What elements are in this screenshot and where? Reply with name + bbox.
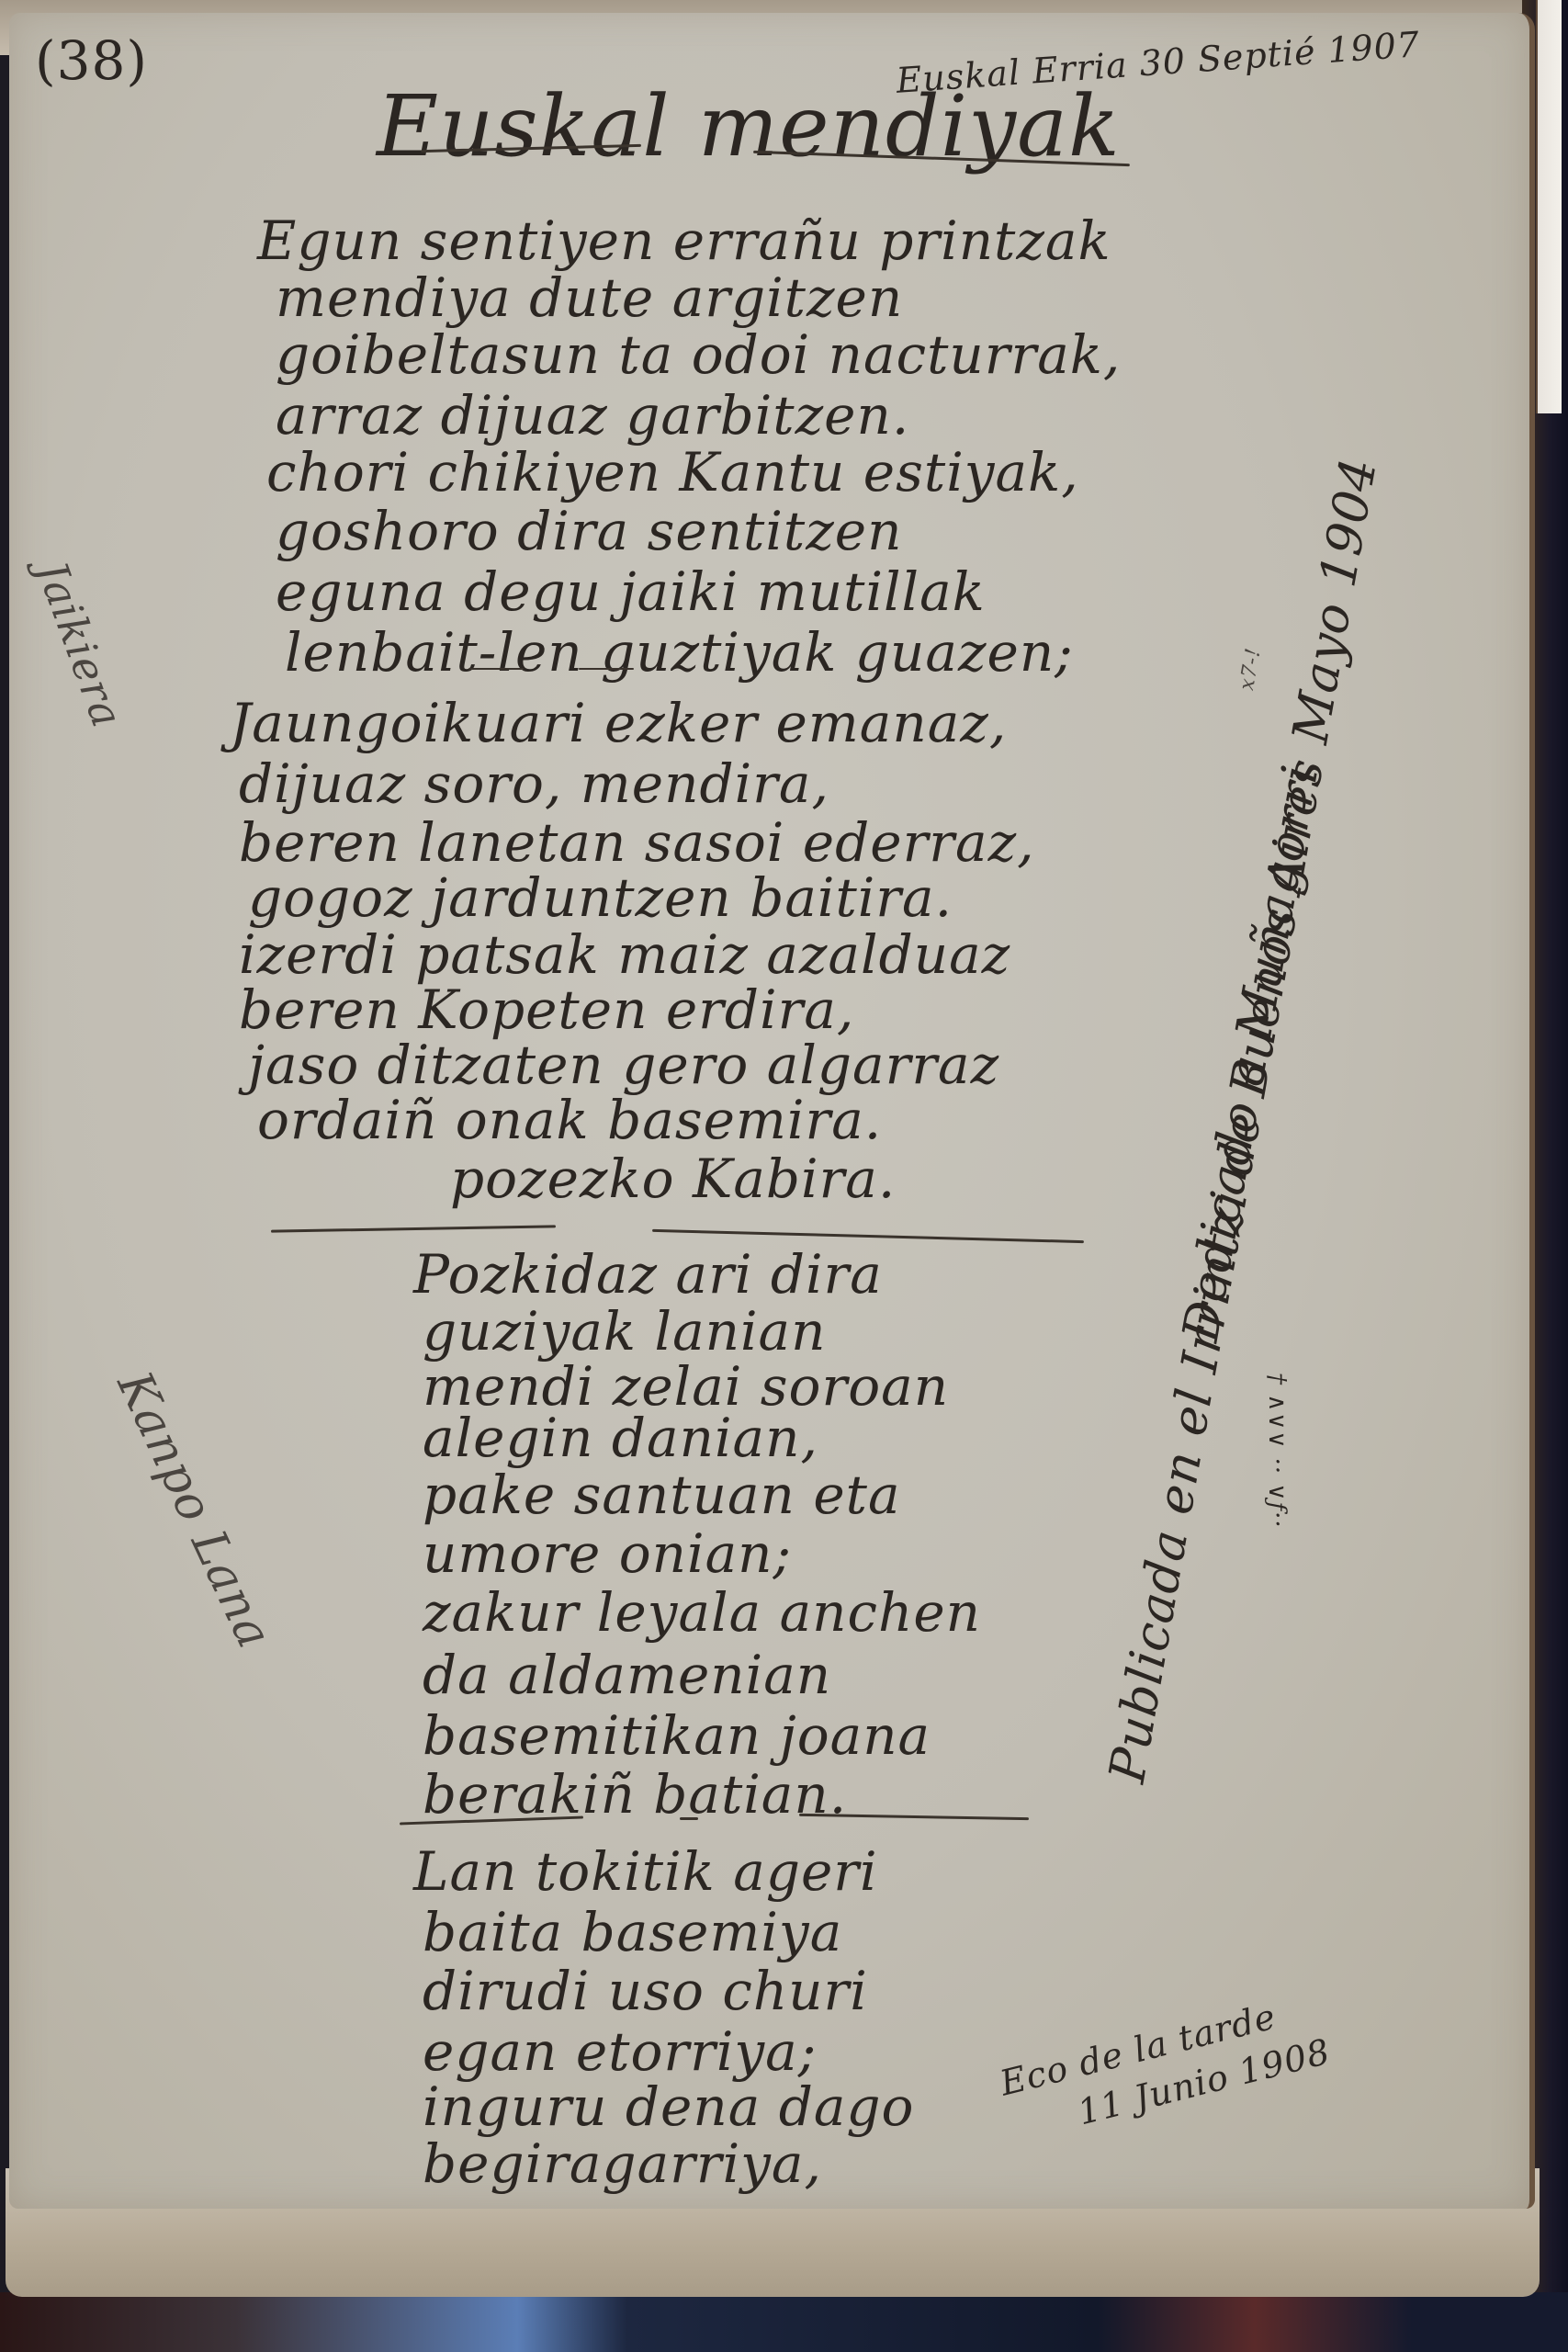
- poem-line: Lan tokitik ageri: [413, 1841, 878, 1902]
- adjacent-page-edge: [1536, 0, 1562, 413]
- poem-line: ordaiñ onak basemira.: [257, 1090, 882, 1150]
- poem-line: da aldamenian: [423, 1645, 831, 1705]
- poem-line: Egun sentiyen errañu printzak: [257, 210, 1111, 271]
- poem-line: berakiñ batian.: [423, 1764, 847, 1825]
- poem-line: egan etorriya;: [423, 2021, 817, 2082]
- stanza-divider: [680, 1817, 698, 1820]
- page-number: (38): [35, 29, 148, 92]
- poem-line: gogoz jarduntzen baitira.: [248, 867, 953, 928]
- poem-line: baita basemiya: [423, 1902, 842, 1962]
- stanza-divider: [579, 668, 634, 670]
- background-bottom: [0, 2292, 1568, 2352]
- poem-line: guziyak lanian: [423, 1301, 826, 1362]
- margin-note-dedication: Dedicado a Muñagorri: [1171, 761, 1330, 1346]
- poem-line: lenbait-len guztiyak guazen;: [285, 622, 1074, 683]
- poem-line: jaso ditzaten gero algarraz: [248, 1035, 999, 1095]
- margin-note-left-bottom: Kanpo Lana: [107, 1363, 283, 1657]
- poem-line: Jaungoikuari ezker emanaz,: [230, 693, 1007, 753]
- margin-faint-mark: x7-!: [1235, 646, 1266, 692]
- poem-line: dijuaz soro, mendira,: [239, 753, 829, 814]
- poem-line: goibeltasun ta odoi nacturrak,: [276, 324, 1121, 385]
- margin-faint-script: † ∧∨∨ ·· ∨ƒ··: [1263, 1373, 1291, 1529]
- poem-line: chori chikiyen Kantu estiyak,: [266, 442, 1079, 503]
- poem-line: goshoro dira sentitzen: [276, 501, 902, 561]
- poem-line: beren Kopeten erdira,: [239, 979, 854, 1040]
- poem-line: begiragarriya,: [423, 2133, 822, 2194]
- poem-line: dirudi uso churi: [423, 1961, 868, 2021]
- poem-line: beren lanetan sasoi ederraz,: [239, 812, 1035, 873]
- manuscript-page: (38) Euskal Erria 30 Septié 1907 Euskal …: [9, 13, 1535, 2209]
- poem-line: mendiya dute argitzen: [276, 267, 903, 328]
- margin-note-left-top: Jaikiera: [27, 555, 132, 734]
- poem-line: eguna degu jaiki mutillak: [276, 561, 986, 622]
- poem-line: alegin danian,: [423, 1408, 818, 1468]
- poem-line: izerdi patsak maiz azalduaz: [239, 924, 1010, 985]
- poem-line: Pozkidaz ari dira: [413, 1244, 883, 1305]
- poem-line: pozezko Kabira.: [450, 1148, 896, 1209]
- stanza-divider: [271, 1225, 556, 1232]
- stanza-divider: [468, 668, 524, 670]
- poem-line: arraz dijuaz garbitzen.: [276, 385, 909, 446]
- poem-line: pake santuan eta: [423, 1464, 901, 1525]
- poem-line: zakur leyala anchen: [423, 1582, 981, 1643]
- poem-line: inguru dena dago: [423, 2076, 914, 2137]
- poem-line: basemitikan joana: [423, 1705, 931, 1766]
- stanza-divider: [652, 1229, 1084, 1243]
- poem-line: umore onian;: [423, 1523, 792, 1584]
